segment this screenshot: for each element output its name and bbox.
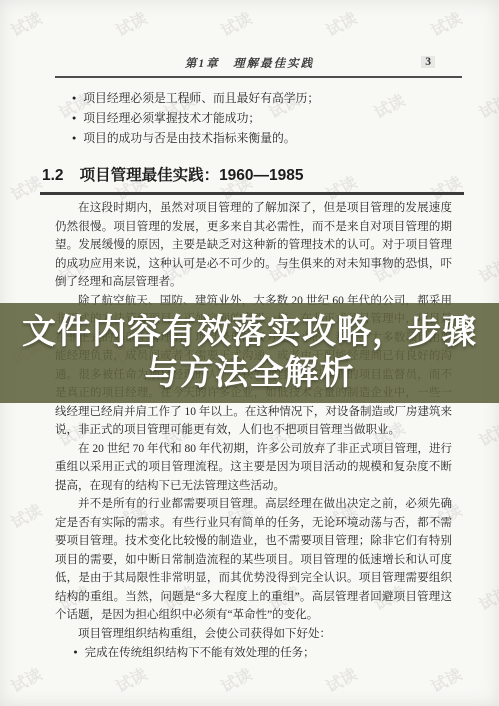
section-number: 1.2: [42, 167, 64, 185]
benefit-item: 完成在传统组织结构下不能有效处理的任务；: [55, 643, 452, 663]
top-bullet-item: 项目经理必须掌握技术才能成功；: [72, 108, 454, 128]
top-bullet-item: 项目的成功与否是由技术指标来衡量的。: [72, 128, 454, 148]
body-paragraphs: 在这段时期内，虽然对项目管理的了解加深了，但是项目管理的发展速度仍然很慢。项目管…: [55, 199, 452, 663]
top-bullet-list: 项目经理必须是工程师、而且最好有高学历；项目经理必须掌握技术才能成功；项目的成功…: [72, 88, 454, 148]
banner-line-1: 文件内容有效落实攻略，步骤: [22, 312, 477, 353]
scanned-book-page: 试读试读试读试读试读试读试读试读试读试读试读试读试读试读试读试读试读试读试读试读…: [0, 0, 499, 706]
header-rule: [55, 76, 462, 78]
paragraph: 在这段时期内，虽然对项目管理的了解加深了，但是项目管理的发展速度仍然很慢。项目管…: [55, 199, 452, 292]
overlay-banner: 文件内容有效落实攻略，步骤 与方法全解析: [0, 303, 499, 403]
paragraph: 在 20 世纪 70 年代和 80 年代初期，许多公司放弃了非正式项目管理，进行…: [55, 440, 452, 496]
paragraph-group: 在这段时期内，虽然对项目管理的了解加深了，但是项目管理的发展速度仍然很慢。项目管…: [55, 199, 452, 625]
section-heading: 1.2 项目管理最佳实践：1960—1985: [42, 163, 304, 185]
page-number: 3: [421, 56, 435, 68]
banner-line-2: 与方法全解析: [145, 353, 355, 394]
section-title: 项目管理最佳实践：1960—1985: [80, 163, 304, 185]
benefits-list: 完成在传统组织结构下不能有效处理的任务；: [55, 643, 452, 663]
paragraph: 并不是所有的行业都需要项目管理。高层经理在做出决定之前，必须先确定是否有实际的需…: [55, 495, 452, 625]
section-rule: [40, 192, 464, 195]
benefits-intro: 项目管理组织结构重组，会使公司获得如下好处：: [55, 625, 452, 644]
top-bullet-item: 项目经理必须是工程师、而且最好有高学历；: [72, 88, 454, 108]
